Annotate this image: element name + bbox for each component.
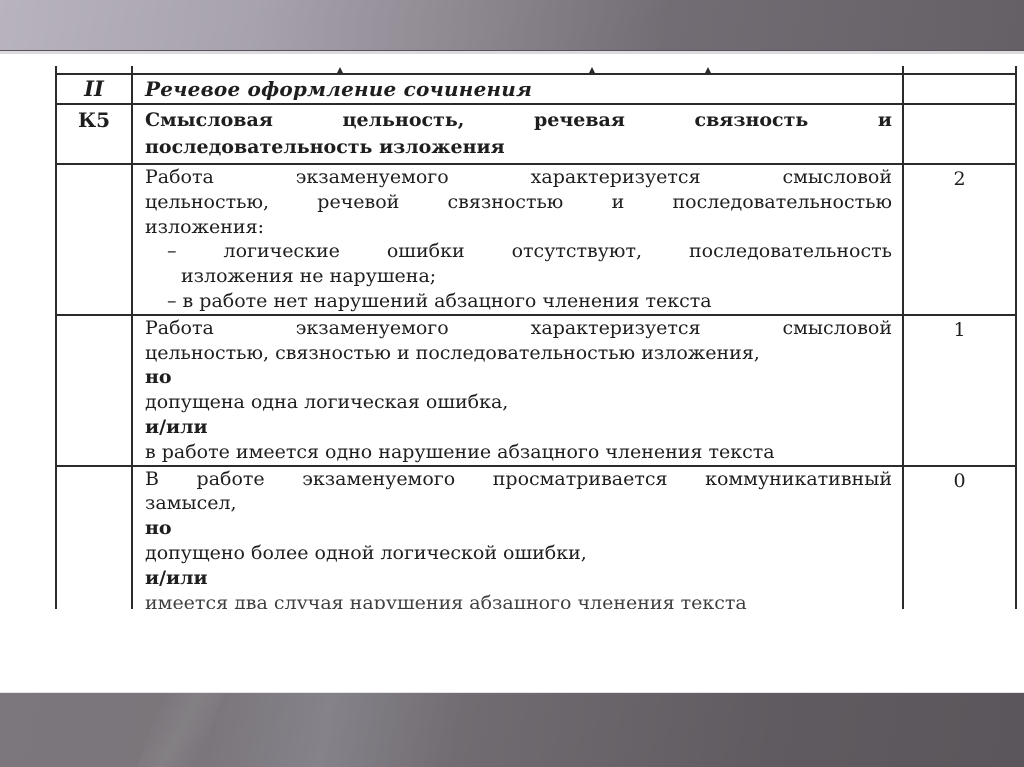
level-description: В работе экзаменуемого просматривается к… bbox=[133, 467, 902, 609]
level-description: Работа экзаменуемого характеризуется смы… bbox=[133, 165, 902, 314]
column-divider bbox=[131, 66, 133, 73]
score-value: 0 bbox=[904, 467, 1015, 494]
cropped-previous-row bbox=[55, 66, 1017, 73]
conjunction-label: но bbox=[145, 516, 892, 541]
bullet-item: – в работе нет нарушений абзацного члене… bbox=[145, 289, 892, 314]
conjunction-label: и/или bbox=[145, 415, 892, 440]
slide-bottom-band bbox=[0, 692, 1024, 767]
score-level-row: Работа экзаменуемого характеризуется смы… bbox=[56, 315, 1016, 466]
column-divider bbox=[902, 66, 904, 73]
section-row: II Речевое оформление сочинения bbox=[56, 74, 1016, 104]
score-value: 1 bbox=[904, 316, 1015, 343]
criterion-title: Смысловая цельность, речевая связность и… bbox=[133, 105, 902, 163]
level-description: Работа экзаменуемого характеризуется смы… bbox=[133, 316, 902, 465]
section-title: Речевое оформление сочинения bbox=[133, 75, 902, 103]
slide-top-band bbox=[0, 0, 1024, 52]
score-level-row: В работе экзаменуемого просматривается к… bbox=[56, 466, 1016, 609]
criterion-row: К5 Смысловая цельность, речевая связност… bbox=[56, 104, 1016, 164]
criterion-code: К5 bbox=[57, 105, 131, 134]
score-value: 2 bbox=[904, 165, 1015, 192]
section-number: II bbox=[57, 75, 131, 103]
criteria-table: II Речевое оформление сочинения К5 Смысл… bbox=[55, 73, 1017, 609]
conjunction-label: но bbox=[145, 365, 892, 390]
bullet-item: – логические ошибки отсутствуют, последо… bbox=[145, 239, 892, 264]
conjunction-label: и/или bbox=[145, 566, 892, 591]
score-level-row: Работа экзаменуемого характеризуется смы… bbox=[56, 164, 1016, 315]
criteria-document: II Речевое оформление сочинения К5 Смысл… bbox=[55, 66, 1017, 609]
